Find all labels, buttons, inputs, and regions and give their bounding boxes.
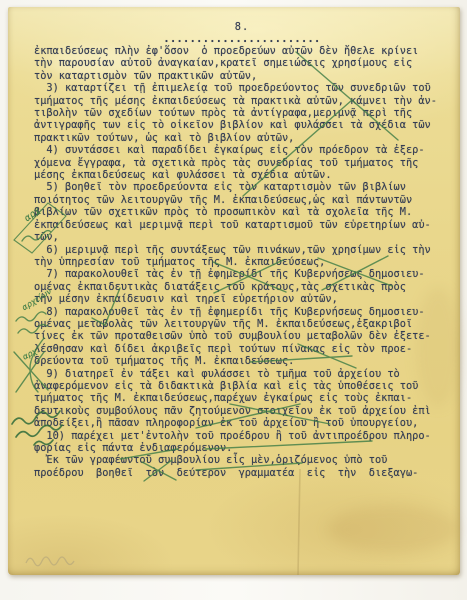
text-line: ἀποδείξει,ἢ πᾶσαν πληροφορίαν ἐκ τοῦ ἀρχ… xyxy=(34,417,450,429)
body-text-lines: ἐκπαιδεύσεως πλὴν ἐφ'ὅσον ὁ προεδρεύων α… xyxy=(34,45,450,479)
text-line: Ἐκ τῶν γραφέωντοῦ συμβουλίου εἷς μὲν,ὁρι… xyxy=(34,454,450,466)
text-line: 5) βοηθεῖ τὸν προεδρεύοντα εἰς τὸν καταρ… xyxy=(34,181,450,193)
faint-pencil-mark xyxy=(26,557,74,566)
text-line: μέσης ἐκπαιδεύσεως καὶ φυλάσσει τὰ σχέδι… xyxy=(34,169,450,181)
text-line: 8) παρακολουθεῖ τὰς ἐν τῇ ἐφημερίδι τῆς … xyxy=(34,306,450,318)
text-line: τμήματος τῆς Μ. ἐκπαιδεύσεως,παρέχων ἐγκ… xyxy=(34,392,450,404)
text-line: τῶν, xyxy=(34,231,450,243)
text-line: δρεύοντα τοῦ τμήματος τῆς Μ. ἐκπαιδεύσεω… xyxy=(34,355,450,367)
text-line: ομένας μεταβολὰς τῶν λειτουργῶν τῆς Μ. ἐ… xyxy=(34,318,450,330)
text-line: ποιότητος τῶν λειτουργῶν τῆς Μ. ἐκπαιδεύ… xyxy=(34,194,450,206)
document-page: 8. ........................ ἐκπαιδεύσεως… xyxy=(8,7,460,575)
text-line: ομένας ἐκπαιδευτικὰς διατάξεις τοῦ κράτο… xyxy=(34,281,450,293)
text-line: τὸν καταρτισμὸν τῶν πρακτικῶν αὐτῶν, xyxy=(34,70,450,82)
text-line: δευτικοὺς συμβούλους πᾶν ζητούμενον στοι… xyxy=(34,405,450,417)
text-line: 4) συντάσσει καὶ παραδίδει ἐγκαίρως εἰς … xyxy=(34,144,450,156)
text-line: προέδρου βοηθεῖ τὸν δεύτερον γραμματέα ε… xyxy=(34,467,450,479)
text-line: φορίας εἰς πάντα ἐνδιαφερόμενον. xyxy=(34,442,450,454)
text-line: 6) μεριμνᾷ περὶ τῆς συντάξεως τῶν πινάκω… xyxy=(34,244,450,256)
text-line: τιβολὴν τῶν σχεδίων τούτων πρὸς τὰ ἀντίγ… xyxy=(34,107,450,119)
text-line: πρακτικῶν τούτων, ὡς καὶ τὸ βιβλίον αὐτῶ… xyxy=(34,132,450,144)
text-line: βιβλίων τῶν σχετικῶν πρὸς τὸ προσωπικὸν … xyxy=(34,206,450,218)
text-line: ἐκπαιδεύσεως καὶ μεριμνᾷ περὶ τοῦ καταρτ… xyxy=(34,219,450,231)
text-line: ἀναφερόμενον εἰς τὰ διδακτικὰ βιβλία καὶ… xyxy=(34,380,450,392)
paper-crease xyxy=(298,469,300,575)
text-line: τμήματος τῆς μέσης ἐκπαιδεύσεως τὰ πρακτ… xyxy=(34,95,450,107)
text-line: τὴν μέσην ἐκπαίδευσιν καὶ τηρεῖ εὑρετήρι… xyxy=(34,293,450,305)
paper-stain xyxy=(328,505,458,553)
text-line: λέσθησαν καὶ δίδει ἀκριβεῖς περὶ τούτων … xyxy=(34,343,450,355)
dotted-separator: ........................ xyxy=(34,35,450,45)
text-line: ἐκπαιδεύσεως πλὴν ἐφ'ὅσον ὁ προεδρεύων α… xyxy=(34,45,450,57)
text-line: 7) παρακολουθεῖ τὰς ἐν τῇ ἐφημερίδι τῆς … xyxy=(34,268,450,280)
text-line: τίνες ἐκ τῶν προταθεισῶν ὑπὸ τοῦ συμβουλ… xyxy=(34,330,450,342)
text-line: 9) διατηρεῖ ἐν τάξει καὶ φυλάσσει τὸ τμῆ… xyxy=(34,368,450,380)
text-line: χόμενα ἔγγραφα, τὰ σχετικὰ πρὸς τὰς συνε… xyxy=(34,157,450,169)
text-line: τὴν παρουσίαν αὐτοῦ ἀναγκαίαν,κρατεῖ σημ… xyxy=(34,57,450,69)
text-line: τὴν ὑπηρεσίαν τοῦ τμήματος τῆς Μ. ἐκπαιδ… xyxy=(34,256,450,268)
text-line: ἀντιγραφῆς των εἰς τὸ οἰκεῖον βιβλίον κα… xyxy=(34,119,450,131)
text-line: 10) παρέχει μετ'ἐντολὴν τοῦ προέδρου ἢ τ… xyxy=(34,430,450,442)
text-line: 3) καταρτίζει τῇ ἐπιμελείᾳ τοῦ προεδρεύο… xyxy=(34,82,450,94)
typewritten-text-block: 8. ........................ ἐκπαιδεύσεως… xyxy=(34,21,450,479)
